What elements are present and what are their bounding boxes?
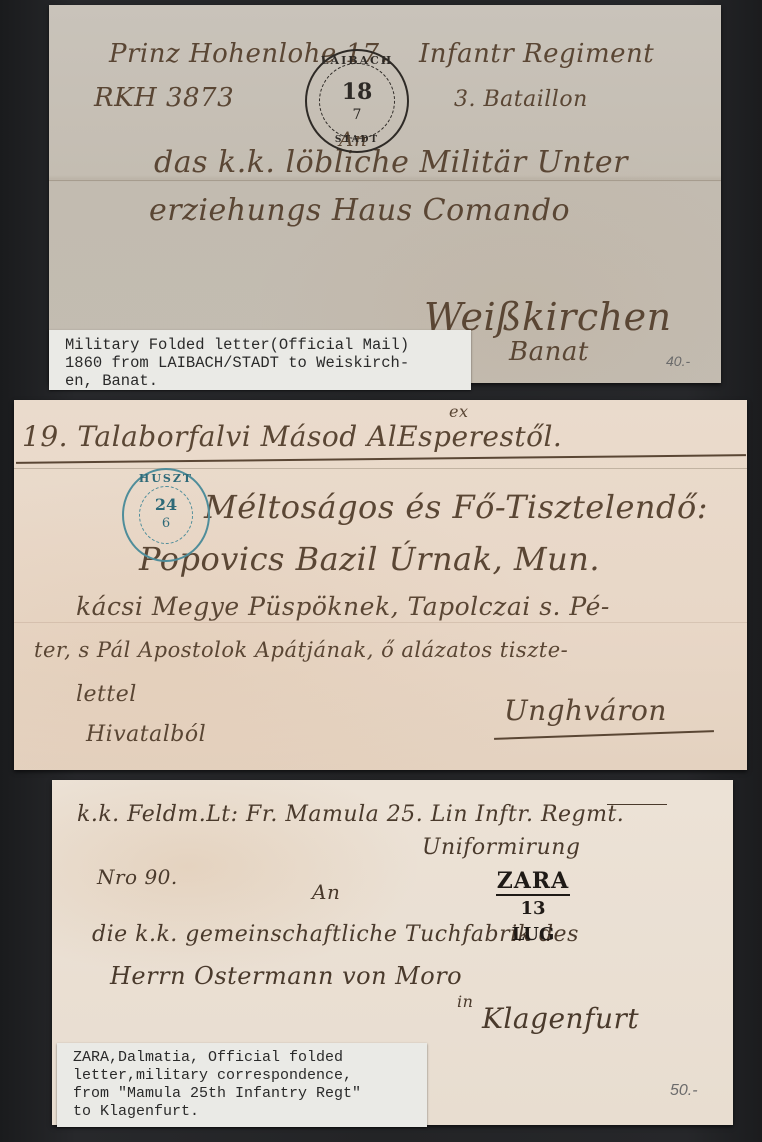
label-line: ZARA,Dalmatia, Official folded — [73, 1049, 417, 1067]
handwriting-address-1: das k.k. löbliche Militär Unter — [154, 145, 628, 180]
postmark-suffix: STADT — [307, 135, 407, 145]
label-line: letter,military correspondence, — [73, 1067, 417, 1085]
handwriting-sender: k.k. Feldm.Lt: Fr. Mamula 25. Lin Inftr.… — [77, 802, 624, 827]
handwriting-reference: RKH 3873 — [94, 83, 234, 113]
handwriting-address-2: Herrn Ostermann von Moro — [110, 962, 462, 990]
postmark-laibach: LAIBACH 18 7 STADT — [305, 49, 409, 153]
postmark-month: 7 — [307, 107, 407, 123]
handwriting-battalion: 3. Bataillon — [454, 87, 588, 112]
handwriting-salutation: Méltoságos és Fő-Tisztelendő: — [204, 488, 708, 526]
handwriting-title-2: ter, s Pál Apostolok Apátjának, ő alázat… — [34, 638, 568, 662]
handwriting-region: Banat — [509, 337, 589, 367]
description-label-zara: ZARA,Dalmatia, Official folded letter,mi… — [57, 1043, 427, 1127]
fold-line — [14, 468, 747, 469]
label-line: 1860 from LAIBACH/STADT to Weiskirch- — [65, 354, 461, 372]
label-line: en, Banat. — [65, 372, 461, 390]
album-page: Prinz Hohenlohe 17. Infantr Regiment RKH… — [0, 0, 762, 1142]
underline-rule — [494, 730, 714, 740]
postmark-day: 24 — [124, 495, 208, 514]
handwriting-an: An — [312, 880, 340, 904]
description-label-laibach: Military Folded letter(Official Mail) 18… — [49, 330, 471, 390]
handwriting-in: in — [457, 992, 473, 1011]
postmark-day: 18 — [307, 79, 407, 105]
handwriting-official: Hivatalból — [86, 722, 206, 747]
handwriting-lettel: lettel — [76, 682, 137, 707]
handwriting-address-2: erziehungs Haus Comando — [149, 193, 570, 228]
handwriting-title-1: kácsi Megye Püspöknek, Tapolczai s. Pé- — [76, 592, 610, 621]
postmark-town: LAIBACH — [307, 54, 407, 67]
price-pencil-note: 40.- — [666, 353, 690, 369]
label-line: Military Folded letter(Official Mail) — [65, 336, 461, 354]
label-line: to Klagenfurt. — [73, 1103, 417, 1121]
price-pencil-note: 50.- — [670, 1082, 698, 1100]
handwriting-addressee: Popovics Bazil Úrnak, Mun. — [139, 540, 600, 578]
postmark-zara: ZARA 13 LUG — [488, 868, 578, 948]
cover-huszt: ex 19. Talaborfalvi Másod AlEsperestől. … — [14, 400, 747, 770]
postmark-town: ZARA — [488, 868, 578, 894]
fold-line — [14, 622, 747, 623]
label-line: from "Mamula 25th Infantry Regt" — [73, 1085, 417, 1103]
underline-rule — [607, 804, 667, 805]
handwriting-sender: 19. Talaborfalvi Másod AlEsperestől. — [22, 420, 562, 453]
underline-rule — [16, 454, 746, 464]
postmark-town: HUSZT — [124, 472, 208, 485]
handwriting-number: Nro 90. — [97, 865, 178, 889]
handwriting-sender-right: Infantr Regiment — [419, 39, 654, 69]
cover-laibach: Prinz Hohenlohe 17. Infantr Regiment RKH… — [49, 5, 721, 383]
handwriting-uniform: Uniformirung — [422, 835, 581, 860]
handwriting-note: ex — [449, 402, 469, 421]
handwriting-destination: Unghváron — [504, 694, 667, 727]
fold-line — [49, 180, 721, 181]
handwriting-destination: Klagenfurt — [482, 1002, 639, 1035]
postmark-huszt: HUSZT 24 6 — [122, 468, 210, 562]
postmark-month: 6 — [124, 516, 208, 531]
postmark-date: 13 LUG — [496, 894, 570, 948]
